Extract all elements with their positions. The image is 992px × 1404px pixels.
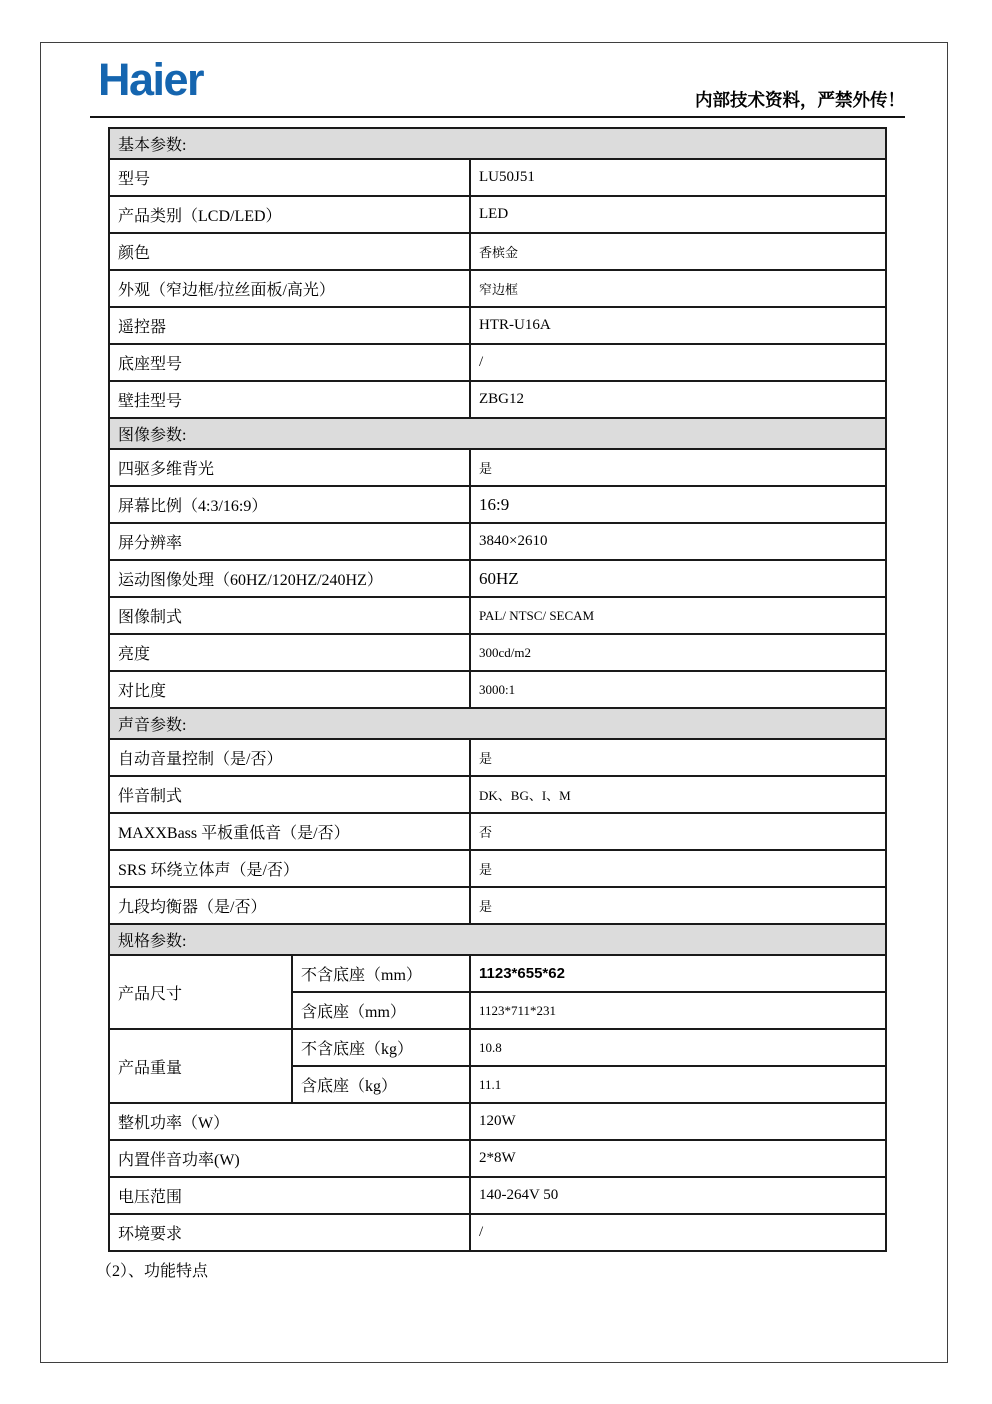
- section-header: 规格参数:: [109, 924, 886, 955]
- table-row: 电压范围140-264V 50: [109, 1177, 886, 1214]
- spec-table-body: 基本参数:型号LU50J51产品类别（LCD/LED）LED颜色香槟金外观（窄边…: [109, 128, 886, 1251]
- spec-table: 基本参数:型号LU50J51产品类别（LCD/LED）LED颜色香槟金外观（窄边…: [108, 127, 887, 1252]
- param-value: 香槟金: [470, 233, 886, 270]
- section-header: 图像参数:: [109, 418, 886, 449]
- table-row: 环境要求/: [109, 1214, 886, 1251]
- param-label: 自动音量控制（是/否）: [109, 739, 470, 776]
- param-value: 2*8W: [470, 1140, 886, 1177]
- param-value: HTR-U16A: [470, 307, 886, 344]
- param-value: /: [470, 344, 886, 381]
- section-header: 声音参数:: [109, 708, 886, 739]
- table-row: 图像参数:: [109, 418, 886, 449]
- table-row: 型号LU50J51: [109, 159, 886, 196]
- document-page: Haier 内部技术资料，严禁外传！ 基本参数:型号LU50J51产品类别（LC…: [0, 0, 992, 1404]
- table-row: 声音参数:: [109, 708, 886, 739]
- param-label: SRS 环绕立体声（是/否）: [109, 850, 470, 887]
- param-label: 亮度: [109, 634, 470, 671]
- param-label: 伴音制式: [109, 776, 470, 813]
- haier-logo: Haier: [98, 57, 203, 102]
- param-value: 3840×2610: [470, 523, 886, 560]
- table-row: 运动图像处理（60HZ/120HZ/240HZ）60HZ: [109, 560, 886, 597]
- table-row: SRS 环绕立体声（是/否）是: [109, 850, 886, 887]
- param-sublabel: 不含底座（mm）: [292, 955, 470, 992]
- param-value: 窄边框: [470, 270, 886, 307]
- param-value: 否: [470, 813, 886, 850]
- table-row: 屏幕比例（4:3/16:9）16:9: [109, 486, 886, 523]
- param-value: 是: [470, 449, 886, 486]
- param-label: 整机功率（W）: [109, 1103, 470, 1140]
- param-value: 1123*655*62: [470, 955, 886, 992]
- param-label: 屏分辨率: [109, 523, 470, 560]
- table-row: 外观（窄边框/拉丝面板/高光）窄边框: [109, 270, 886, 307]
- table-row: 颜色香槟金: [109, 233, 886, 270]
- param-label: 九段均衡器（是/否）: [109, 887, 470, 924]
- table-row: 屏分辨率3840×2610: [109, 523, 886, 560]
- param-value: LU50J51: [470, 159, 886, 196]
- param-group-label: 产品尺寸: [109, 955, 292, 1029]
- param-value: 是: [470, 887, 886, 924]
- table-row: 壁挂型号ZBG12: [109, 381, 886, 418]
- param-value: 是: [470, 739, 886, 776]
- header-divider-line: [90, 116, 905, 118]
- confidential-notice: 内部技术资料，严禁外传！: [695, 88, 905, 113]
- table-row: 九段均衡器（是/否）是: [109, 887, 886, 924]
- table-row: 产品尺寸不含底座（mm）1123*655*62: [109, 955, 886, 992]
- param-label: MAXXBass 平板重低音（是/否）: [109, 813, 470, 850]
- param-label: 四驱多维背光: [109, 449, 470, 486]
- param-label: 产品类别（LCD/LED）: [109, 196, 470, 233]
- table-row: 规格参数:: [109, 924, 886, 955]
- table-row: 底座型号/: [109, 344, 886, 381]
- table-row: 四驱多维背光是: [109, 449, 886, 486]
- param-value: 1123*711*231: [470, 992, 886, 1029]
- param-value: ZBG12: [470, 381, 886, 418]
- section-header: 基本参数:: [109, 128, 886, 159]
- param-label: 内置伴音功率(W): [109, 1140, 470, 1177]
- param-value: 60HZ: [470, 560, 886, 597]
- table-row: 产品类别（LCD/LED）LED: [109, 196, 886, 233]
- param-label: 电压范围: [109, 1177, 470, 1214]
- param-sublabel: 不含底座（kg）: [292, 1029, 470, 1066]
- param-value: 140-264V 50: [470, 1177, 886, 1214]
- param-group-label: 产品重量: [109, 1029, 292, 1103]
- param-value: LED: [470, 196, 886, 233]
- param-label: 壁挂型号: [109, 381, 470, 418]
- param-value: PAL/ NTSC/ SECAM: [470, 597, 886, 634]
- param-value: 11.1: [470, 1066, 886, 1103]
- param-value: /: [470, 1214, 886, 1251]
- param-label: 环境要求: [109, 1214, 470, 1251]
- table-row: MAXXBass 平板重低音（是/否）否: [109, 813, 886, 850]
- param-value: 10.8: [470, 1029, 886, 1066]
- param-label: 运动图像处理（60HZ/120HZ/240HZ）: [109, 560, 470, 597]
- param-value: 16:9: [470, 486, 886, 523]
- param-value: 是: [470, 850, 886, 887]
- table-row: 自动音量控制（是/否）是: [109, 739, 886, 776]
- table-row: 对比度3000:1: [109, 671, 886, 708]
- param-sublabel: 含底座（mm）: [292, 992, 470, 1029]
- param-label: 底座型号: [109, 344, 470, 381]
- param-value: DK、BG、I、M: [470, 776, 886, 813]
- param-sublabel: 含底座（kg）: [292, 1066, 470, 1103]
- param-label: 对比度: [109, 671, 470, 708]
- param-label: 颜色: [109, 233, 470, 270]
- features-section-heading: （2）、功能特点: [96, 1258, 208, 1281]
- param-label: 图像制式: [109, 597, 470, 634]
- param-label: 遥控器: [109, 307, 470, 344]
- table-row: 图像制式PAL/ NTSC/ SECAM: [109, 597, 886, 634]
- table-row: 基本参数:: [109, 128, 886, 159]
- table-row: 伴音制式DK、BG、I、M: [109, 776, 886, 813]
- param-label: 型号: [109, 159, 470, 196]
- param-label: 屏幕比例（4:3/16:9）: [109, 486, 470, 523]
- table-row: 产品重量不含底座（kg）10.8: [109, 1029, 886, 1066]
- param-label: 外观（窄边框/拉丝面板/高光）: [109, 270, 470, 307]
- param-value: 3000:1: [470, 671, 886, 708]
- table-row: 整机功率（W）120W: [109, 1103, 886, 1140]
- param-value: 300cd/m2: [470, 634, 886, 671]
- table-row: 亮度300cd/m2: [109, 634, 886, 671]
- table-row: 遥控器HTR-U16A: [109, 307, 886, 344]
- param-value: 120W: [470, 1103, 886, 1140]
- table-row: 内置伴音功率(W)2*8W: [109, 1140, 886, 1177]
